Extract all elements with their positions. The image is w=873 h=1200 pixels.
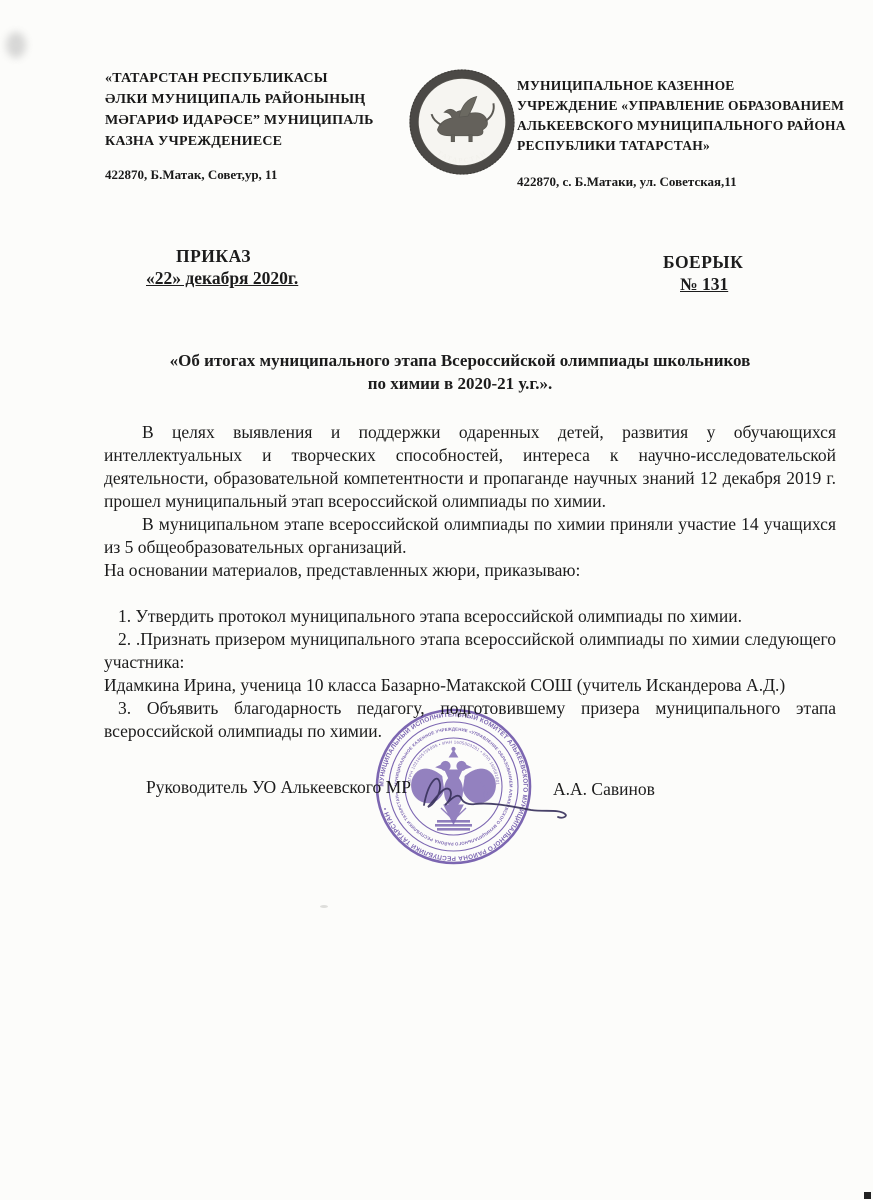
scan-speck [320, 905, 328, 908]
order-date: «22» декабря 2020г. [146, 268, 298, 289]
handwritten-signature [412, 757, 582, 827]
order-label-boeryk: БОЕРЫК [663, 252, 743, 273]
org-name-russian: МУНИЦИПАЛЬНОЕ КАЗЕННОЕ УЧРЕЖДЕНИЕ «УПРАВ… [517, 76, 852, 156]
scanned-document-page: «ТАТАРСТАН РЕСПУБЛИКАСЫ ӘЛКИ МУНИЦИПАЛЬ … [0, 0, 873, 1200]
order-item-2: 2. .Признать призером муниципального эта… [104, 628, 836, 674]
scan-smudge [6, 32, 26, 58]
org-address-right: 422870, с. Б.Матаки, ул. Советская,11 [517, 174, 737, 190]
paragraph-2: В муниципальном этапе всероссийской олим… [104, 513, 836, 559]
document-title-line2: по химии в 2020-21 у.г.». [76, 373, 844, 396]
document-title-line1: «Об итогах муниципального этапа Всеросси… [76, 350, 844, 373]
scan-corner-mark [864, 1192, 871, 1199]
document-title: «Об итогах муниципального этапа Всеросси… [76, 350, 844, 396]
order-number: № 131 [680, 274, 728, 295]
tatarstan-emblem-icon: ТАТАРСТАН [408, 68, 516, 176]
document-body: В целях выявления и поддержки одаренных … [104, 421, 836, 743]
order-item-2b: Идамкина Ирина, ученица 10 класса Базарн… [104, 674, 836, 697]
paragraph-1: В целях выявления и поддержки одаренных … [104, 421, 836, 513]
org-address-left: 422870, Б.Матак, Совет,ур, 11 [105, 167, 277, 183]
org-name-tatar: «ТАТАРСТАН РЕСПУБЛИКАСЫ ӘЛКИ МУНИЦИПАЛЬ … [105, 68, 410, 152]
order-item-1: 1. Утвердить протокол муниципального эта… [104, 605, 836, 628]
paragraph-3: На основании материалов, представленных … [104, 559, 836, 582]
order-label-prikaz: ПРИКАЗ [176, 246, 251, 267]
